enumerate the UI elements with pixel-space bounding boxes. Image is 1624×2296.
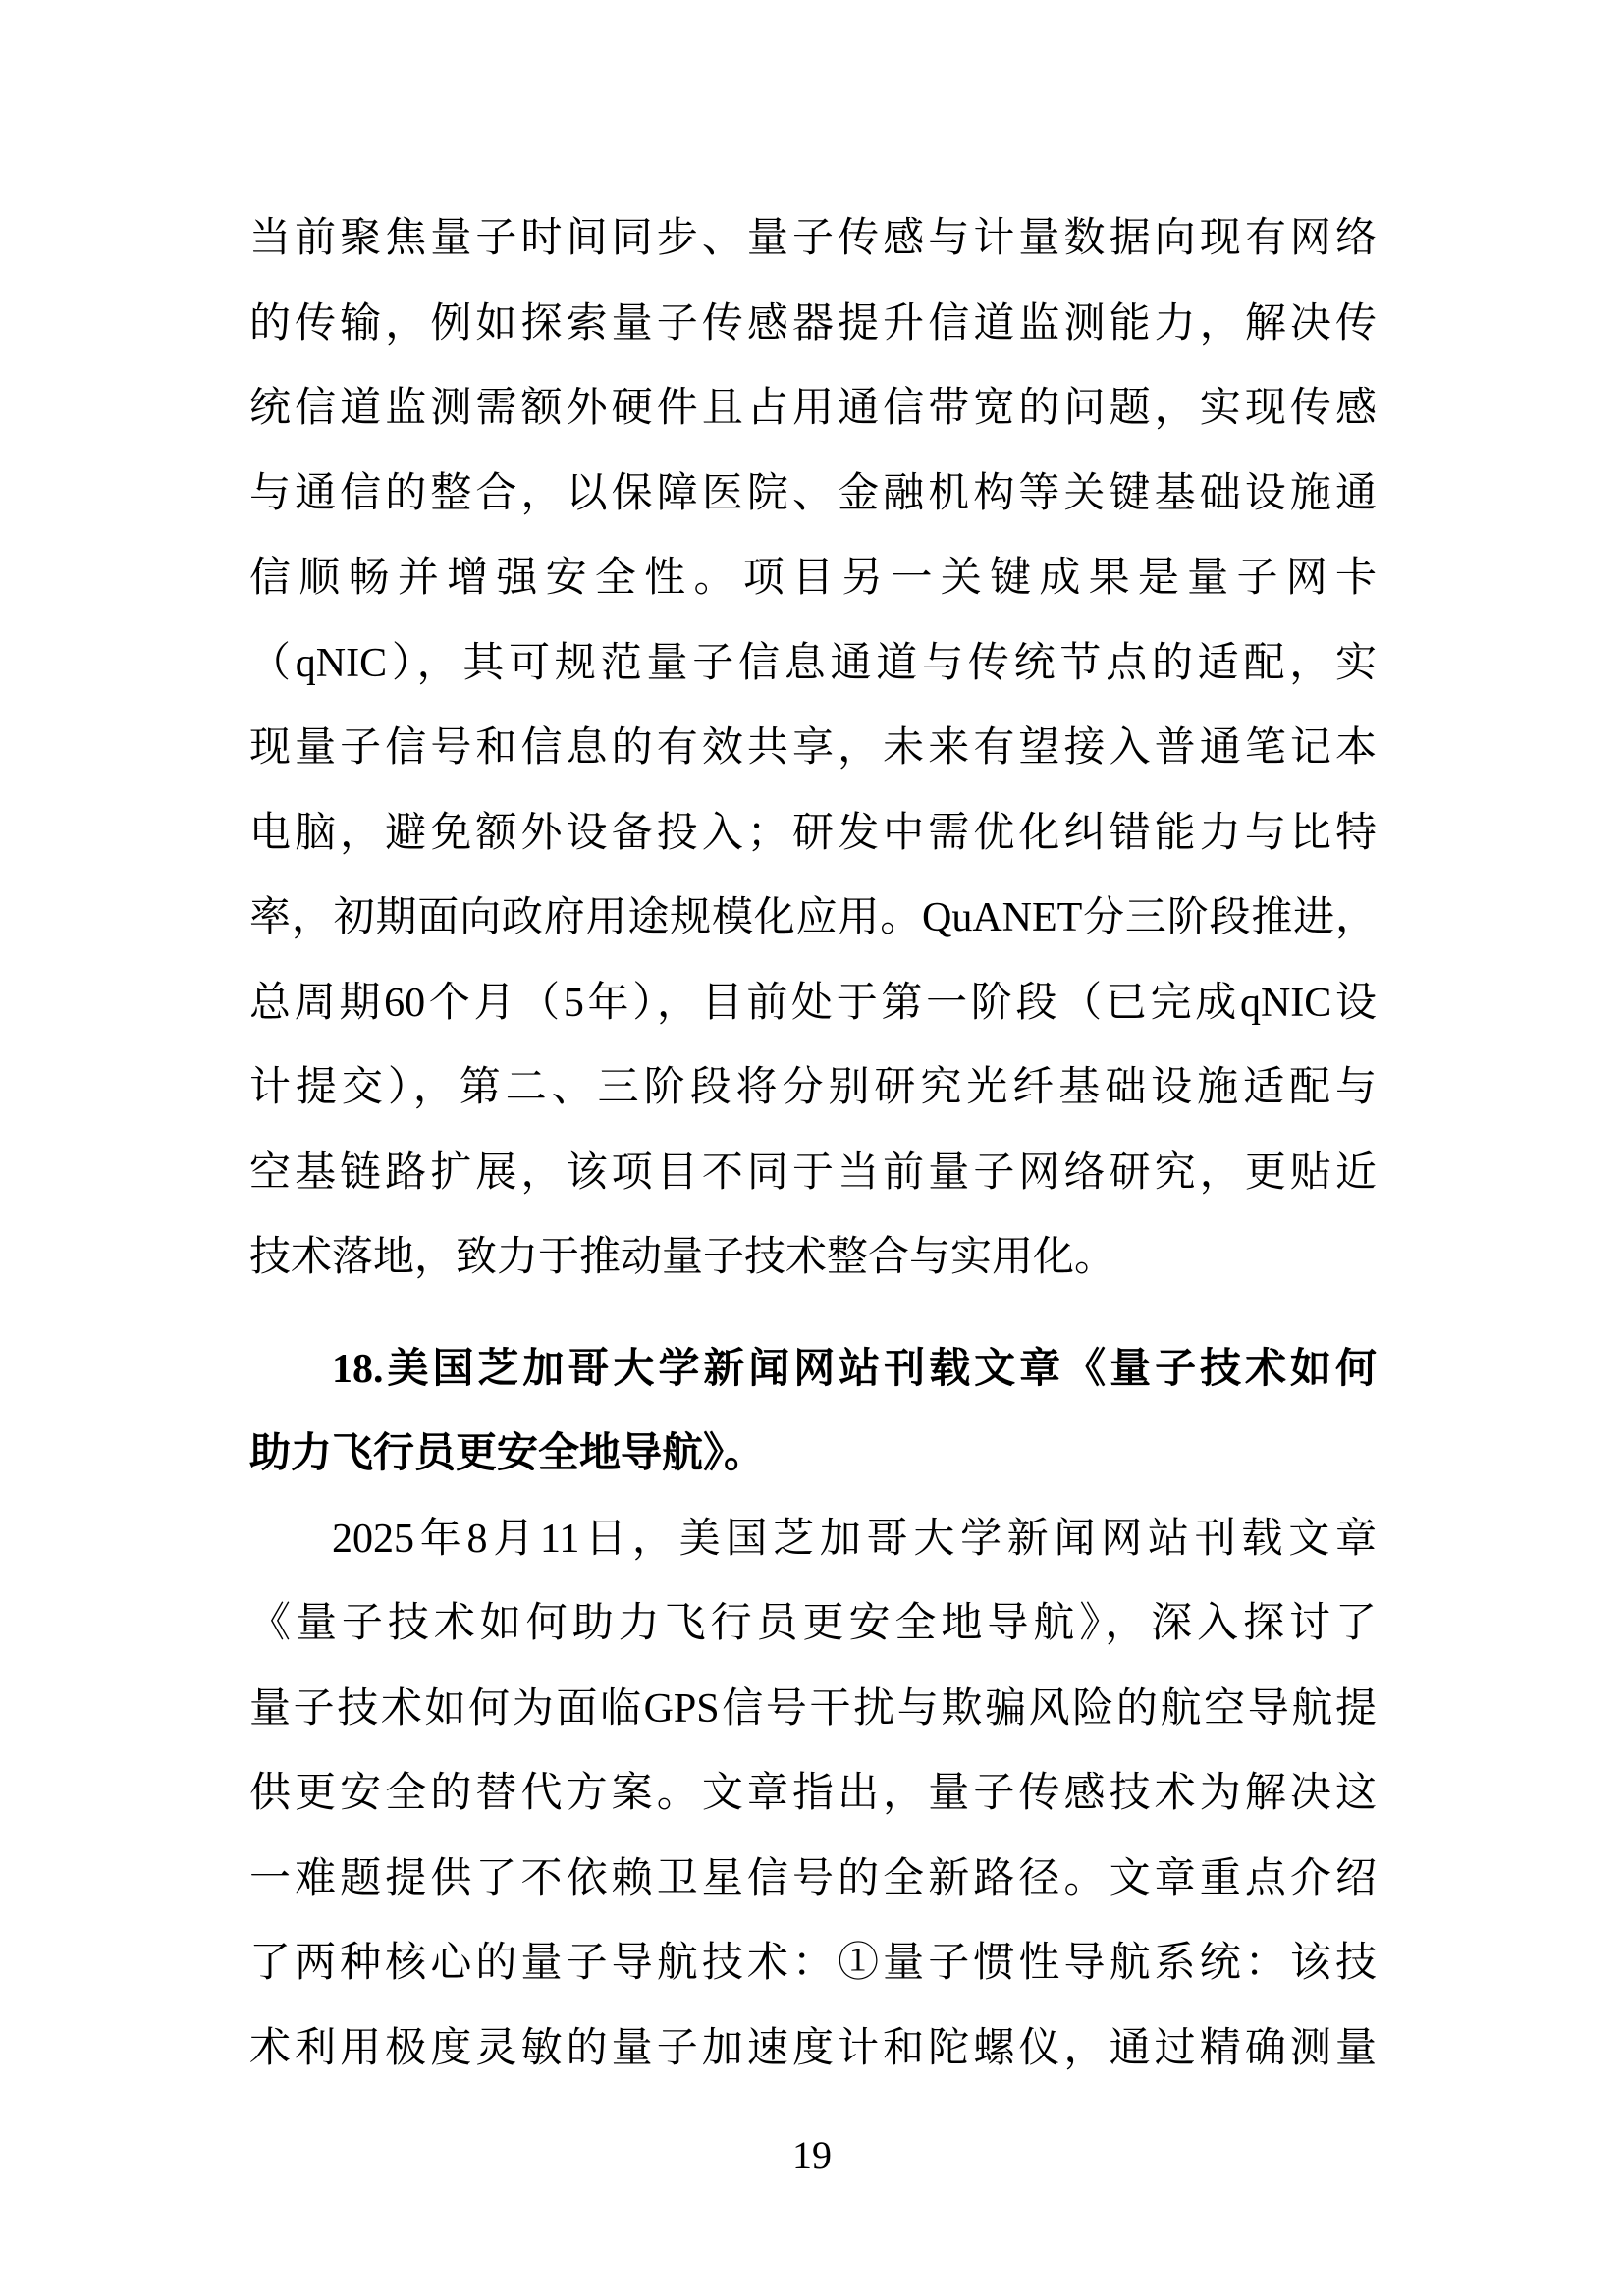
body-text-line: 计提交），第二、三阶段将分别研究光纤基础设施适配与 — [249, 1045, 1377, 1131]
body-text-line: 总周期60个月（5年），目前处于第一阶段（已完成qNIC设 — [249, 961, 1377, 1046]
body-text-line: 术利用极度灵敏的量子加速度计和陀螺仪，通过精确测量 — [249, 2006, 1377, 2092]
body-text-line: 与通信的整合，以保障医院、金融机构等关键基础设施通 — [249, 452, 1377, 537]
body-text-line: 《量子技术如何助力飞行员更安全地导航》，深入探讨了 — [249, 1581, 1377, 1667]
body-text-line: 2025年8月11日，美国芝加哥大学新闻网站刊载文章 — [249, 1497, 1377, 1582]
heading-line: 助力飞行员更安全地导航》。 — [249, 1412, 1377, 1497]
body-text-line: 率，初期面向政府用途规模化应用。QuANET分三阶段推进， — [249, 876, 1377, 961]
body-text-line: 量子技术如何为面临GPS信号干扰与欺骗风险的航空导航提 — [249, 1667, 1377, 1752]
body-text-line: 统信道监测需额外硬件且占用通信带宽的问题，实现传感 — [249, 366, 1377, 452]
document-page: 当前聚焦量子时间同步、量子传感与计量数据向现有网络的传输，例如探索量子传感器提升… — [0, 0, 1624, 2296]
body-text-line: 信顺畅并增强安全性。项目另一关键成果是量子网卡 — [249, 536, 1377, 621]
body-text-line: 供更安全的替代方案。文章指出，量子传感技术为解决这 — [249, 1751, 1377, 1837]
body-text-line: 当前聚焦量子时间同步、量子传感与计量数据向现有网络 — [249, 196, 1377, 282]
body-text-line: 空基链路扩展，该项目不同于当前量子网络研究，更贴近 — [249, 1131, 1377, 1216]
body-text-line: （qNIC），其可规范量子信息通道与传统节点的适配，实 — [249, 621, 1377, 707]
heading-line: 18.美国芝加哥大学新闻网站刊载文章《量子技术如何 — [249, 1327, 1377, 1413]
text-block: 当前聚焦量子时间同步、量子传感与计量数据向现有网络的传输，例如探索量子传感器提升… — [249, 196, 1377, 2091]
body-text-line: 现量子信号和信息的有效共享，未来有望接入普通笔记本 — [249, 706, 1377, 791]
page-number: 19 — [0, 2134, 1624, 2177]
body-text-line: 了两种核心的量子导航技术：①量子惯性导航系统：该技 — [249, 1921, 1377, 2006]
body-text-line: 电脑，避免额外设备投入；研发中需优化纠错能力与比特 — [249, 791, 1377, 877]
body-text-line: 一难题提供了不依赖卫星信号的全新路径。文章重点介绍 — [249, 1837, 1377, 1922]
body-text-line: 的传输，例如探索量子传感器提升信道监测能力，解决传 — [249, 282, 1377, 367]
body-text-line: 技术落地，致力于推动量子技术整合与实用化。 — [249, 1215, 1377, 1301]
